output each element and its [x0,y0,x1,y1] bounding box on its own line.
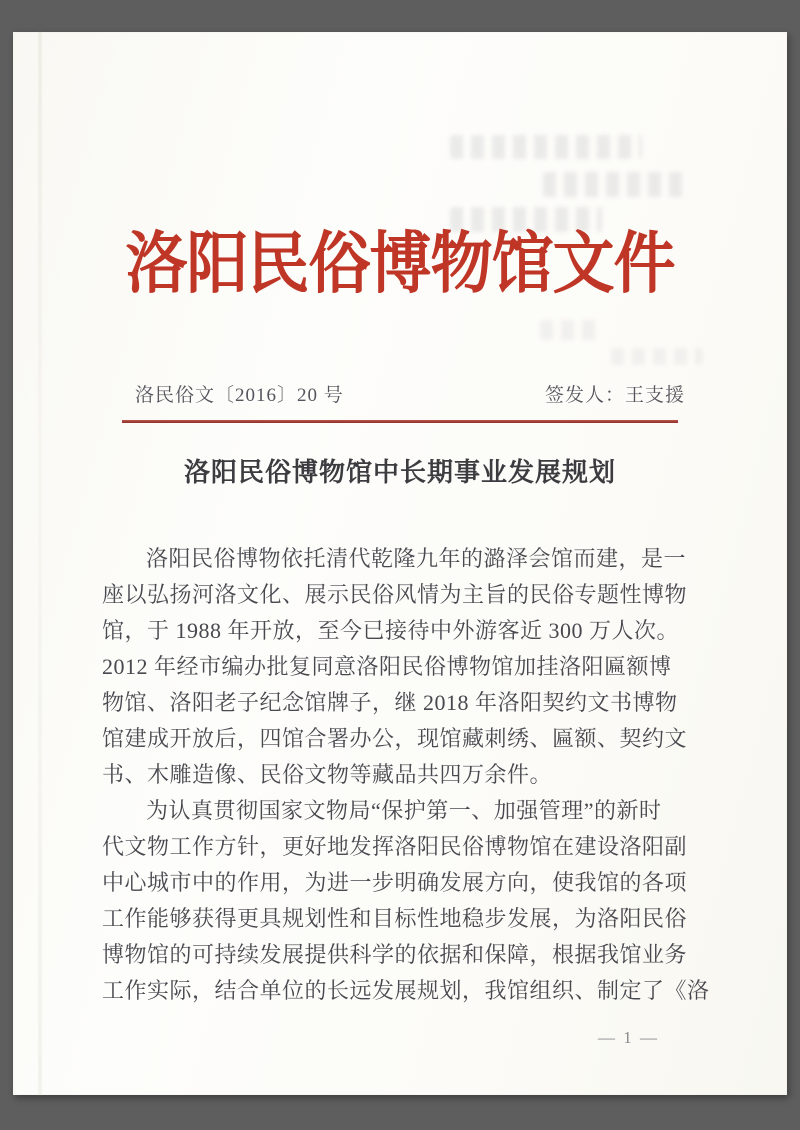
scan-background: 洛阳民俗博物馆文件 洛民俗文〔2016〕20 号 签发人：王支援 洛阳民俗博物馆… [0,0,800,1130]
body-line: 座以弘扬河洛文化、展示民俗风情为主旨的民俗专题性博物 [102,577,708,613]
letterhead-title: 洛阳民俗博物馆文件 [13,225,787,305]
body-line: 书、木雕造像、民俗文物等藏品共四万余件。 [102,757,708,793]
document-body: 洛阳民俗博物依托清代乾隆九年的潞泽会馆而建，是一 座以弘扬河洛文化、展示民俗风情… [102,541,708,1009]
bleed-through-artifact [543,172,685,197]
bleed-through-artifact [611,348,703,365]
body-line: 馆，于 1988 年开放，至今已接待中外游客近 300 万人次。 [102,613,708,649]
bleed-through-artifact [450,135,642,159]
body-line: 2012 年经市编办批复同意洛阳民俗博物馆加挂洛阳匾额博 [102,649,708,685]
body-line: 代文物工作方针，更好地发挥洛阳民俗博物馆在建设洛阳副 [102,829,708,865]
document-page: 洛阳民俗博物馆文件 洛民俗文〔2016〕20 号 签发人：王支援 洛阳民俗博物馆… [13,32,787,1095]
page-number: — 1 — [598,1028,659,1048]
body-line: 中心城市中的作用，为进一步明确发展方向，使我馆的各项 [102,865,708,901]
bleed-through-artifact [540,320,602,340]
document-number: 洛民俗文〔2016〕20 号 [135,380,344,407]
issuer-label: 签发人： [545,385,625,406]
issuer-name: 王支援 [625,385,685,406]
body-line: 工作能够获得更具规划性和目标性地稳步发展，为洛阳民俗 [102,901,708,937]
red-separator-rule [122,420,678,423]
body-line: 洛阳民俗博物依托清代乾隆九年的潞泽会馆而建，是一 [102,541,708,577]
body-line: 馆建成开放后，四馆合署办公，现馆藏刺绣、匾额、契约文 [102,721,708,757]
document-title: 洛阳民俗博物馆中长期事业发展规划 [13,452,787,489]
body-line: 物馆、洛阳老子纪念馆牌子，继 2018 年洛阳契约文书博物 [102,685,708,721]
page-crease [39,32,41,1095]
body-line: 为认真贯彻国家文物局“保护第一、加强管理”的新时 [102,793,708,829]
issuer: 签发人：王支援 [545,380,685,407]
body-line: 工作实际，结合单位的长远发展规划，我馆组织、制定了《洛 [102,973,708,1009]
document-meta-row: 洛民俗文〔2016〕20 号 签发人：王支援 [135,380,685,407]
body-line: 博物馆的可持续发展提供科学的依据和保障，根据我馆业务 [102,937,708,973]
